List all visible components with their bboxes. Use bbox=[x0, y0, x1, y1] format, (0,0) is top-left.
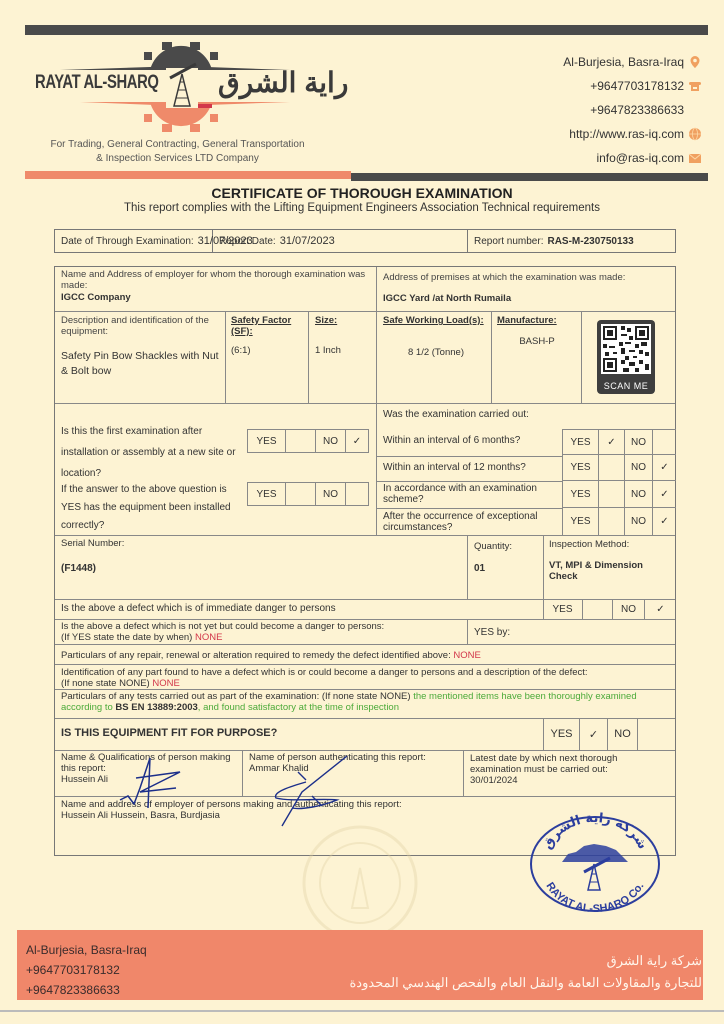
no-label: NO bbox=[625, 481, 653, 507]
yes-box[interactable]: ✓ bbox=[599, 430, 625, 454]
description-cell: Description and identification of the eq… bbox=[61, 315, 221, 379]
footer-address: Al-Burjesia, Basra-Iraq bbox=[26, 940, 147, 960]
divider bbox=[463, 750, 464, 796]
phone-1-text[interactable]: +9647703178132 bbox=[590, 79, 684, 93]
divider bbox=[55, 664, 675, 665]
email-link[interactable]: info@ras-iq.com bbox=[596, 151, 684, 165]
yes-label: YES bbox=[563, 481, 599, 507]
description-label: Description and identification of the eq… bbox=[61, 315, 221, 337]
contact-email[interactable]: info@ras-iq.com bbox=[563, 146, 702, 170]
website-link[interactable]: http://www.ras-iq.com bbox=[569, 127, 684, 141]
carried-out-label: Was the examination carried out: bbox=[383, 409, 529, 420]
safety-factor-value: (6:1) bbox=[231, 345, 307, 356]
company-tagline: For Trading, General Contracting, Genera… bbox=[30, 138, 325, 166]
footer-arabic-line-2: للتجارة والمقاولات العامة والنقل العام و… bbox=[350, 972, 703, 994]
swl-value: 8 1/2 (Tonne) bbox=[383, 347, 489, 358]
manufacture-cell: Manufacture: BASH-P bbox=[497, 315, 577, 347]
safety-factor-label: Safety Factor (SF): bbox=[231, 315, 307, 337]
yes-box[interactable] bbox=[583, 599, 613, 619]
footer-phone-2[interactable]: +9647823386633 bbox=[26, 980, 147, 1000]
divider bbox=[55, 689, 675, 690]
divider bbox=[376, 508, 562, 509]
yes-label: YES bbox=[248, 430, 286, 452]
serial-value: (F1448) bbox=[61, 563, 96, 574]
company-name-en: RAYAT AL-SHARQ bbox=[35, 72, 159, 94]
premises-value: IGCC Yard /at North Rumaila bbox=[383, 293, 673, 304]
no-label: NO bbox=[608, 718, 638, 750]
no-box[interactable] bbox=[653, 430, 676, 454]
installed-question: If the answer to the above question is Y… bbox=[61, 481, 239, 535]
future-danger-value: NONE bbox=[195, 632, 222, 643]
tests-standard: BS EN 13889:2003 bbox=[115, 702, 197, 713]
divider bbox=[467, 619, 468, 644]
company-name-ar: راية الشرق bbox=[218, 66, 348, 99]
qr-code[interactable]: SCAN ME bbox=[597, 320, 655, 394]
divider bbox=[376, 267, 377, 403]
check-mark-icon: ✓ bbox=[589, 728, 598, 741]
repair-cell: Particulars of any repair, renewal or al… bbox=[61, 650, 671, 661]
employer-cell: Name and Address of employer for whom th… bbox=[61, 269, 371, 303]
repair-label: Particulars of any repair, renewal or al… bbox=[61, 650, 451, 661]
divider bbox=[55, 311, 675, 312]
installed-yes-box[interactable] bbox=[286, 483, 316, 505]
contact-website[interactable]: http://www.ras-iq.com bbox=[563, 122, 702, 146]
divider bbox=[242, 750, 243, 796]
exceptional-circumstances-answer: YES NO ✓ bbox=[563, 508, 676, 535]
installed-yes-no: YES NO bbox=[247, 482, 369, 506]
tests-label: Particulars of any tests carried out as … bbox=[61, 691, 411, 702]
yes-box[interactable] bbox=[599, 481, 625, 507]
globe-icon bbox=[688, 127, 702, 141]
divider bbox=[581, 311, 582, 403]
yes-by-label: YES by: bbox=[474, 627, 510, 638]
report-number-cell: Report number: RAS-M-230750133 bbox=[468, 230, 675, 252]
tagline-line-2: & Inspection Services LTD Company bbox=[30, 152, 325, 166]
serial-label: Serial Number: bbox=[61, 538, 124, 549]
footer-arabic-name: شركة راية الشرق للتجارة والمقاولات العام… bbox=[350, 950, 703, 994]
location-pin-icon bbox=[688, 55, 702, 69]
description-value: Safety Pin Bow Shackles with Nut & Bolt … bbox=[61, 349, 221, 379]
method-value: VT, MPI & Dimension Check bbox=[549, 560, 659, 582]
next-exam-value: 30/01/2024 bbox=[470, 775, 670, 786]
size-cell: Size: 1 Inch bbox=[315, 315, 371, 356]
no-label: NO bbox=[625, 455, 653, 480]
header-top-bar bbox=[25, 25, 708, 35]
future-danger-question: Is the above a defect which is not yet b… bbox=[61, 621, 461, 632]
carried-out-grid: YES ✓ NO YES NO ✓ YES NO ✓ YES NO ✓ bbox=[562, 429, 676, 535]
size-value: 1 Inch bbox=[315, 345, 371, 356]
spacer bbox=[688, 103, 702, 117]
divider bbox=[491, 311, 492, 403]
report-number-value: RAS-M-230750133 bbox=[547, 236, 633, 247]
employer-label: Name and Address of employer for whom th… bbox=[61, 269, 371, 291]
part-defect-value: NONE bbox=[152, 678, 179, 689]
contact-address: Al-Burjesia, Basra-Iraq bbox=[563, 50, 702, 74]
interval-6-months-answer: YES ✓ NO bbox=[563, 430, 676, 455]
yes-box[interactable] bbox=[599, 508, 625, 535]
exam-scheme-question: In accordance with an examination scheme… bbox=[383, 483, 553, 505]
employer-value: IGCC Company bbox=[61, 292, 371, 303]
footer-arabic-line-1: شركة راية الشرق bbox=[350, 950, 703, 972]
check-mark-icon: ✓ bbox=[607, 437, 615, 448]
check-mark-icon: ✓ bbox=[660, 489, 668, 500]
repair-value: NONE bbox=[453, 650, 480, 661]
certificate-subtitle: This report complies with the Lifting Eq… bbox=[0, 202, 724, 214]
yes-label: YES bbox=[563, 455, 599, 480]
no-label: NO bbox=[625, 430, 653, 454]
exam-date-cell: Date of Through Examination: 31/07/2023 bbox=[55, 230, 213, 252]
footer-phone-1[interactable]: +9647703178132 bbox=[26, 960, 147, 980]
first-exam-yes-no: YES NO ✓ bbox=[247, 429, 369, 453]
part-defect-hint: (If none state NONE) bbox=[61, 678, 150, 689]
tests-value-end: , and found satisfactory at the time of … bbox=[198, 702, 399, 713]
size-label: Size: bbox=[315, 315, 371, 326]
company-stamp: شركة راية الشرق RAYAT AL-SHARQ Co. bbox=[528, 812, 662, 912]
divider bbox=[55, 619, 675, 620]
report-date-cell: Report Date: 31/07/2023 bbox=[213, 230, 468, 252]
embossed-seal bbox=[300, 818, 420, 948]
no-box[interactable] bbox=[638, 718, 676, 750]
immediate-danger-question: Is the above a defect which is of immedi… bbox=[61, 603, 336, 614]
qr-code-pattern bbox=[601, 324, 651, 374]
yes-label: YES bbox=[563, 508, 599, 535]
report-date-label: Report Date: bbox=[219, 236, 276, 247]
method-label: Inspection Method: bbox=[549, 539, 629, 550]
fit-for-purpose-yes-no: YES ✓ NO bbox=[543, 718, 676, 750]
header-divider-orange bbox=[25, 171, 351, 179]
report-number-label: Report number: bbox=[474, 236, 543, 247]
fit-for-purpose-question: IS THIS EQUIPMENT FIT FOR PURPOSE? bbox=[61, 728, 277, 739]
no-box[interactable]: ✓ bbox=[653, 455, 676, 480]
divider bbox=[55, 403, 675, 404]
yes-label: YES bbox=[248, 483, 286, 505]
telephone-icon bbox=[688, 79, 702, 93]
header-divider-grey bbox=[351, 173, 708, 181]
yes-label: YES bbox=[543, 599, 583, 619]
contact-phone-2[interactable]: +9647823386633 bbox=[563, 98, 702, 122]
no-label: NO bbox=[613, 599, 645, 619]
next-exam-cell: Latest date by which next thorough exami… bbox=[470, 753, 670, 786]
swl-cell: Safe Working Load(s): 8 1/2 (Tonne) bbox=[383, 315, 489, 358]
divider bbox=[55, 644, 675, 645]
divider bbox=[376, 456, 562, 457]
stamp-text-en: RAYAT AL-SHARQ Co. bbox=[544, 880, 647, 912]
envelope-icon bbox=[688, 151, 702, 165]
first-exam-no-box[interactable]: ✓ bbox=[346, 430, 368, 452]
divider bbox=[225, 311, 226, 403]
next-exam-label: Latest date by which next thorough exami… bbox=[470, 753, 670, 775]
immediate-danger-yes-no: YES NO ✓ bbox=[543, 599, 676, 619]
premises-label: Address of premises at which the examina… bbox=[383, 272, 673, 283]
quantity-value: 01 bbox=[474, 563, 485, 574]
check-mark-icon: ✓ bbox=[353, 436, 361, 447]
check-mark-icon: ✓ bbox=[660, 516, 668, 527]
contact-phone-1[interactable]: +9647703178132 bbox=[563, 74, 702, 98]
exam-date-label: Date of Through Examination: bbox=[61, 236, 194, 247]
check-mark-icon: ✓ bbox=[660, 462, 668, 473]
future-danger-hint: (If YES state the date by when) bbox=[61, 632, 192, 643]
future-danger-cell: Is the above a defect which is not yet b… bbox=[61, 621, 461, 643]
yes-label: YES bbox=[563, 430, 599, 454]
check-mark-icon: ✓ bbox=[656, 604, 664, 615]
no-label: NO bbox=[316, 430, 346, 452]
divider bbox=[376, 403, 377, 535]
scan-me-label: SCAN ME bbox=[597, 381, 655, 391]
address-text: Al-Burjesia, Basra-Iraq bbox=[563, 55, 684, 69]
interval-12-months-answer: YES NO ✓ bbox=[563, 455, 676, 481]
manufacture-label: Manufacture: bbox=[497, 315, 577, 326]
safety-factor-cell: Safety Factor (SF): (6:1) bbox=[231, 315, 307, 356]
part-defect-cell: Identification of any part found to have… bbox=[61, 667, 671, 689]
contact-info: Al-Burjesia, Basra-Iraq +9647703178132 +… bbox=[563, 50, 702, 170]
interval-6-months-question: Within an interval of 6 months? bbox=[383, 435, 553, 446]
swl-label: Safe Working Load(s): bbox=[383, 315, 489, 326]
yes-box[interactable] bbox=[599, 455, 625, 480]
report-date-value: 31/07/2023 bbox=[280, 235, 335, 247]
footer-contact: Al-Burjesia, Basra-Iraq +9647703178132 +… bbox=[26, 940, 147, 1000]
divider bbox=[308, 311, 309, 403]
premises-cell: Address of premises at which the examina… bbox=[383, 272, 673, 304]
page-bottom-edge bbox=[0, 1010, 724, 1012]
divider bbox=[55, 535, 675, 536]
no-box[interactable]: ✓ bbox=[645, 599, 676, 619]
certificate-title: CERTIFICATE OF THOROUGH EXAMINATION bbox=[0, 185, 724, 201]
report-info-bar: Date of Through Examination: 31/07/2023 … bbox=[54, 229, 676, 253]
yes-label: YES bbox=[544, 718, 580, 750]
interval-12-months-question: Within an interval of 12 months? bbox=[383, 462, 553, 473]
manufacture-value: BASH-P bbox=[497, 336, 577, 347]
tests-cell: Particulars of any tests carried out as … bbox=[61, 691, 671, 713]
phone-2-text[interactable]: +9647823386633 bbox=[590, 103, 684, 117]
exam-scheme-answer: YES NO ✓ bbox=[563, 481, 676, 508]
exceptional-circumstances-question: After the occurrence of exceptional circ… bbox=[383, 511, 553, 533]
tagline-line-1: For Trading, General Contracting, Genera… bbox=[30, 138, 325, 152]
installed-no-box[interactable] bbox=[346, 483, 368, 505]
no-box[interactable]: ✓ bbox=[653, 481, 676, 507]
divider bbox=[376, 481, 562, 482]
first-exam-yes-box[interactable] bbox=[286, 430, 316, 452]
svg-text:RAYAT AL-SHARQ Co.: RAYAT AL-SHARQ Co. bbox=[544, 880, 647, 912]
divider bbox=[467, 535, 468, 599]
signature-hussein-ali bbox=[110, 748, 190, 810]
quantity-label: Quantity: bbox=[474, 541, 512, 552]
yes-box[interactable]: ✓ bbox=[580, 718, 608, 750]
part-defect-label: Identification of any part found to have… bbox=[61, 667, 671, 678]
no-label: NO bbox=[625, 508, 653, 535]
no-box[interactable]: ✓ bbox=[653, 508, 676, 535]
first-exam-question: Is this the first examination after inst… bbox=[61, 421, 239, 484]
no-label: NO bbox=[316, 483, 346, 505]
